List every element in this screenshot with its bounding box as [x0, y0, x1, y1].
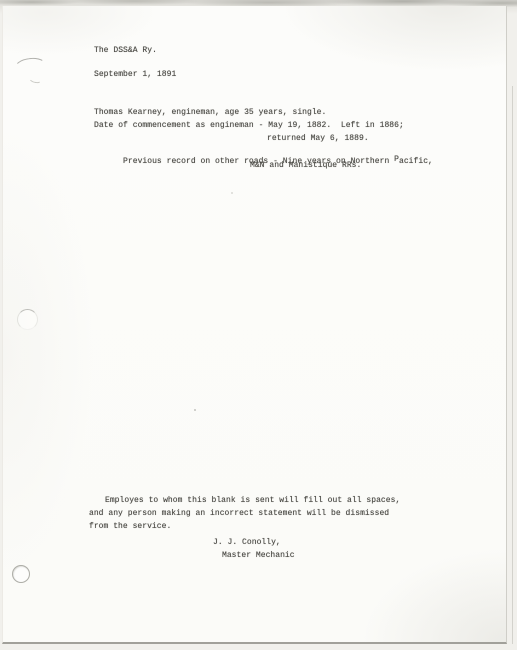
record-line-railroads: M&N and Manistique RRs.	[250, 161, 361, 170]
record-line-previous-raised-letter: P	[394, 155, 399, 164]
pencil-arc-mark-tail	[28, 74, 42, 85]
record-line-commencement: Date of commencement as engineman - May …	[94, 121, 404, 130]
scanned-document-page: The DSS&A Ry. September 1, 1891 Thomas K…	[0, 0, 517, 650]
company-name: The DSS&A Ry.	[94, 46, 157, 55]
signature-title: Master Mechanic	[222, 551, 295, 560]
record-line-previous-tail: acific,	[399, 157, 433, 166]
notice-line-1: Employes to whom this blank is sent will…	[105, 496, 400, 505]
paper-speck	[194, 409, 196, 411]
notice-line-3: from the service.	[89, 522, 171, 531]
paper-right-edge-line	[512, 86, 513, 644]
signature-name: J. J. Conolly,	[213, 538, 281, 547]
faint-ring-impression	[17, 309, 38, 330]
notice-line-2: and any person making an incorrect state…	[89, 509, 389, 518]
letter-paper: The DSS&A Ry. September 1, 1891 Thomas K…	[2, 6, 507, 644]
document-date: September 1, 1891	[94, 70, 176, 79]
record-line-employee: Thomas Kearney, engineman, age 35 years,…	[94, 108, 326, 117]
paper-speck	[231, 192, 233, 194]
record-line-returned: returned May 6, 1889.	[267, 134, 369, 143]
punch-hole	[12, 565, 30, 583]
